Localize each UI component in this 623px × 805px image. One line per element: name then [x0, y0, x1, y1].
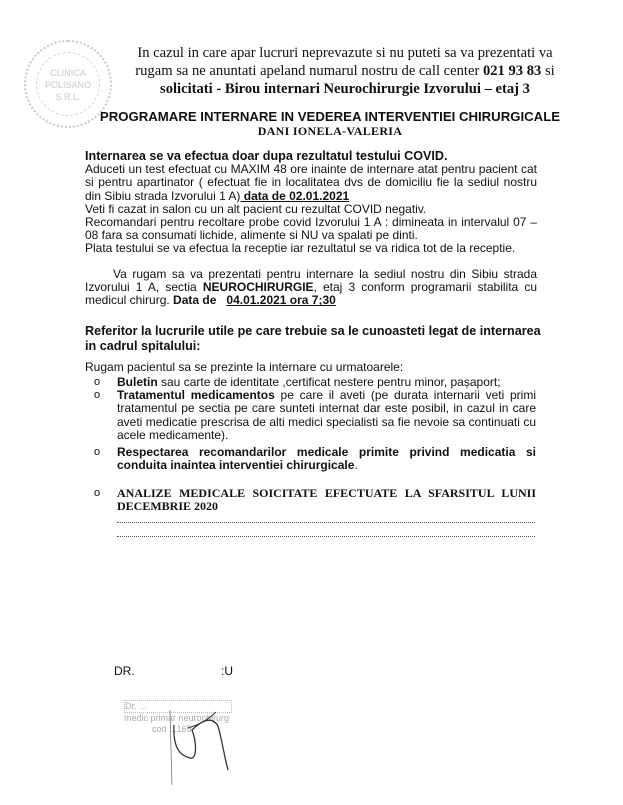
patient-name: DANI IONELA-VALERIA [60, 124, 600, 138]
signature-icon [168, 700, 238, 790]
dr-label: DR. [114, 664, 135, 678]
document-title: PROGRAMARE INTERNARE IN VEDEREA INTERVEN… [60, 110, 600, 124]
header-line-2-text: rugam sa ne anuntati apeland numarul nos… [135, 63, 483, 79]
header-line-2: rugam sa ne anuntati apeland numarul nos… [95, 62, 595, 80]
covid-test-date: data de 02.01.2021 [240, 189, 349, 203]
reference-heading: Referitor la lucrurile utile pe care tre… [85, 324, 545, 353]
covid-text-4: Plata testului se va efectua la receptie… [85, 242, 537, 255]
covid-text-1: Aduceti un test efectuat cu MAXIM 48 ore… [85, 163, 537, 203]
header-line-3: solicitati - Birou internari Neurochirur… [95, 80, 595, 98]
department-name: NEUROCHIRURGIE [203, 280, 314, 294]
analize-item: o ANALIZE MEDICALE SOICITATE EFECTUATE L… [94, 487, 536, 513]
covid-text-3: Recomandari pentru recoltare probe covid… [85, 216, 537, 242]
requirements-list: oBuletin sau carte de identitate ,certif… [94, 376, 536, 442]
call-center-phone: 021 93 83 [483, 63, 541, 79]
bullet-icon: o [94, 376, 100, 389]
requirements-list-cont: oRespectarea recomandarilor medicale pri… [94, 446, 536, 472]
dr-name-tail: :U [221, 664, 233, 678]
item-bold: Buletin [117, 375, 158, 389]
admission-date-label: Data de [173, 293, 216, 307]
dotted-line [117, 522, 535, 523]
item-bold: Tratamentul medicamentos [117, 388, 275, 402]
item-text: sau carte de identitate ,certificat nest… [158, 375, 501, 389]
item-bold: Respectarea recomandarilor medicale prim… [117, 445, 536, 472]
item-text: . [354, 458, 357, 472]
header-line-3-text: solicitati - Birou internari Neurochirur… [160, 81, 530, 97]
bullet-icon: o [94, 389, 100, 402]
covid-section: Internarea se va efectua doar dupa rezul… [85, 150, 537, 256]
rugam-intro: Rugam pacientul sa se prezinte la intern… [85, 361, 537, 374]
header-notice: In cazul in care apar lucruri neprevazut… [95, 44, 595, 98]
list-item: oRespectarea recomandarilor medicale pri… [94, 446, 536, 472]
admission-date-value: 04.01.2021 ora 7;30 [226, 293, 335, 307]
analize-text: ANALIZE MEDICALE SOICITATE EFECTUATE LA … [117, 487, 536, 513]
doctor-name: DR. :U [114, 664, 135, 678]
header-line-2-tail: si [541, 63, 554, 79]
presentation-section: Va rugam sa va prezentati pentru interna… [85, 268, 537, 308]
bullet-icon: o [94, 446, 100, 459]
bullet-icon: o [94, 487, 100, 499]
header-line-1: In cazul in care apar lucruri neprevazut… [95, 44, 595, 62]
dotted-line [117, 536, 535, 537]
list-item: oTratamentul medicamentos pe care il ave… [94, 389, 536, 442]
